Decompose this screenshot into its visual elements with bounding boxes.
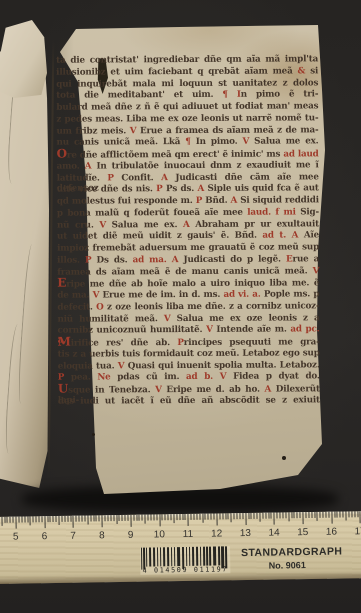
ink-text-run: eloquia tua. <box>58 361 118 371</box>
ruler-tick <box>271 513 272 519</box>
barcode-bar <box>200 547 201 566</box>
ruler-tick <box>33 516 34 522</box>
ink-text-run: Abraham pr ur exultauit <box>190 219 319 230</box>
ruler-tick <box>59 516 60 525</box>
ruler-tick <box>64 516 65 522</box>
ruler-number: 12 <box>211 528 222 539</box>
ruler-tick <box>179 514 180 520</box>
ruler-tick <box>84 516 85 522</box>
ruler-tick <box>228 513 229 519</box>
ruler-tick <box>41 516 42 522</box>
barcode-bar <box>186 547 187 566</box>
ruler-tick <box>4 517 5 523</box>
ink-text-run: latitudĩe. <box>57 173 108 183</box>
ruler-tick <box>262 513 263 519</box>
ruler-tick <box>311 512 312 518</box>
ruler-tick <box>213 514 214 520</box>
ruler-number: 10 <box>154 529 165 540</box>
ruler-tick <box>93 515 94 521</box>
rubric-text-run: E <box>57 276 66 290</box>
ink-text-run: niũ humilitatẽ meã. <box>57 314 163 325</box>
ink-text-run: cornibz unicoznuũ humilitatẽ. <box>57 325 206 336</box>
ruler-tick <box>308 512 309 518</box>
ink-text-run: re dñe afflictõem meã qm erect' ẽ inimic… <box>67 150 283 161</box>
ruler-tick <box>199 514 200 520</box>
ruler-number: 6 <box>42 531 48 542</box>
ink-text-run: qui inquirebãt mala mi loquun st uanitat… <box>56 78 318 89</box>
ruler-tick <box>56 516 57 522</box>
ruler-number: 11 <box>183 529 194 540</box>
ruler-tick <box>122 515 123 521</box>
ink-text-run: rue a <box>292 254 319 264</box>
ink-text-run: Sig- <box>296 207 319 217</box>
ruler-tick <box>125 515 126 521</box>
barcode-bar <box>167 547 169 566</box>
ink-text-run: p bona malũ q foderũt foueã aĩe mee <box>57 207 247 218</box>
ink-text-run: Quasi qui inuenit spolia multa. Letaboz. <box>124 360 319 371</box>
ruler-tick <box>305 512 306 518</box>
ruler-tick <box>81 516 82 522</box>
ruler-tick <box>136 515 137 521</box>
ruler-tick <box>18 517 19 523</box>
ruler-tick <box>242 513 243 519</box>
ruler-tick <box>188 514 189 526</box>
ruler-number: 9 <box>128 530 134 541</box>
ink-text-run: illos. <box>57 255 85 265</box>
ink-text-run: Confit. <box>114 173 161 183</box>
barcode-bar <box>189 547 190 566</box>
ruler-tick <box>334 512 335 518</box>
ink-text-run: um fribz meis. <box>56 126 129 136</box>
barcode-bar <box>218 546 220 565</box>
rubric-text-run: M <box>58 335 71 349</box>
ruler-tick <box>170 514 171 520</box>
rubric-text-run: O <box>57 147 67 161</box>
ruler-tick <box>50 516 51 522</box>
ruler-tick <box>185 514 186 520</box>
ruler-tick <box>116 515 117 524</box>
ruler-tick <box>211 514 212 520</box>
rubric-text-run: ¶ I <box>222 90 240 100</box>
ruler-tick <box>288 512 289 521</box>
barcode: 4 014509 011197 <box>140 546 230 574</box>
ruler-tick <box>337 512 338 518</box>
ruler-tick <box>202 514 203 523</box>
ruler-tick <box>150 515 151 521</box>
rubric-text-run: V <box>313 266 320 276</box>
ruler-number: 17 <box>354 526 361 537</box>
ink-text-run: Ps ds. <box>163 184 198 194</box>
ruler-tick <box>87 515 88 524</box>
ruler-tick <box>107 515 108 521</box>
ruler-tick <box>176 514 177 520</box>
barcode-bar <box>146 548 147 567</box>
ink-text-run: Aĩe <box>298 231 319 241</box>
ruler-tick <box>328 512 329 518</box>
ruler-number: 7 <box>70 531 76 542</box>
ink-text-run: framea ds aĩam meã ẽ de manu canis unicã… <box>57 266 312 277</box>
barcode-digits: 4 014509 011197 <box>140 565 230 574</box>
ink-text-run: Salua me ex. <box>106 220 183 230</box>
ruler-tick <box>302 512 303 524</box>
ink-text-run: si <box>305 66 318 76</box>
ruler-tick <box>182 514 183 520</box>
ruler-tick <box>15 517 16 529</box>
ruler-tick <box>130 515 131 527</box>
rubric-text-run: ad laud <box>283 149 318 159</box>
ruler-tick <box>70 516 71 522</box>
ruler-brand-label: STANDARDGRAPH <box>241 546 333 559</box>
ruler-tick <box>343 511 344 517</box>
ink-text-run: Eripe me d. ab ho. <box>162 385 265 396</box>
ink-text-run: z pedes meas. Liba me ex oze leonis ut n… <box>56 113 318 124</box>
ink-text-run: Erue me de im. in d. ms. <box>99 290 223 301</box>
ink-text-run: tota die meditabant' et uim. <box>56 90 222 101</box>
ruler-tick <box>110 515 111 521</box>
ruler-tick <box>340 512 341 518</box>
ruler-tick <box>30 516 31 525</box>
ink-text-run: Fidea p dyat do. <box>226 372 319 382</box>
ruler-tick <box>24 516 25 522</box>
ruler-tick <box>104 515 105 521</box>
ink-text-run: Salua me ex oze leonis z a <box>170 313 319 324</box>
rubric-text-run: & <box>298 66 306 76</box>
ruler-tick <box>231 513 232 522</box>
ruler-tick <box>99 515 100 521</box>
ink-text-run: sque in Tenebza. <box>68 385 155 395</box>
ruler-tick <box>348 511 349 517</box>
ruler-tick <box>159 514 160 526</box>
ink-text-run: In tribulatõe inuocaui dnm z exaudiuit m… <box>91 160 318 171</box>
ruler-tick <box>314 512 315 518</box>
barcode-bar <box>171 547 172 566</box>
ruler-tick <box>193 514 194 520</box>
ink-text-run: Siple uis quid fca ẽ aut <box>204 184 319 195</box>
barcode-bar <box>206 547 208 566</box>
ruler-number: 5 <box>13 532 19 543</box>
ink-text-run: ut uidet diẽ meũ uidit z gauis' ẽ. Bñd. <box>57 231 262 242</box>
ink-text-run: Ds ds. <box>91 255 132 265</box>
ruler-tick <box>162 514 163 520</box>
barcode-bar <box>203 547 205 566</box>
ruler-tick <box>102 515 103 527</box>
barcode-bar <box>177 547 180 566</box>
ruler-tick <box>234 513 235 519</box>
ink-text-run: des iudi ut iacẽt ĩ eũ dñe añ abscõdit s… <box>58 395 320 406</box>
ink-text-run: Bñd. <box>202 196 230 206</box>
ruler-tick <box>13 517 14 523</box>
ink-text-run: de ma. <box>57 291 92 301</box>
barcode-bar <box>157 547 158 566</box>
ink-text-run: qd molestus fui responde m. <box>57 196 196 207</box>
ruler-tick <box>90 515 91 521</box>
ink-text-run: z oze leonis liba me dñe. z a cornibz un… <box>104 301 320 312</box>
ruler-tick <box>27 516 28 522</box>
ruler-tick <box>300 512 301 518</box>
ruler-tick <box>265 513 266 519</box>
ruler-tick <box>354 511 355 517</box>
ink-speck <box>282 456 286 460</box>
ruler-tick <box>219 513 220 519</box>
ruler-tick <box>245 513 246 525</box>
barcode-bars <box>140 546 230 547</box>
ink-text-run: Judicasti do p legẽ. <box>178 254 286 265</box>
ruler-tick <box>145 515 146 524</box>
manuscript-text-block: ta die contristat' ingrediebar dñe qm aĩ… <box>56 54 320 408</box>
ruler-tick <box>142 515 143 521</box>
ruler-tick <box>216 513 217 525</box>
rubric-text-run: ad ma. A <box>133 255 179 265</box>
ruler-tick <box>325 512 326 518</box>
ruler-tick <box>351 511 352 517</box>
barcode-bar <box>149 548 151 567</box>
ruler-tick <box>236 513 237 519</box>
barcode-bar <box>174 547 175 566</box>
ruler-tick <box>67 516 68 522</box>
ink-text-run: illusionibz et uim faciebant q qrebãt aĩ… <box>56 66 297 77</box>
ruler-tick <box>274 513 275 525</box>
ruler-model-number: No. 9061 <box>241 560 333 571</box>
ruler-tick <box>38 516 39 522</box>
ruler-tick <box>251 513 252 519</box>
ink-speck <box>92 433 95 436</box>
ink-text-run: Si siquid reddidi <box>237 195 319 205</box>
ruler-tick <box>282 512 283 518</box>
ruler-tick <box>248 513 249 519</box>
ink-text-run: ripe me dñe ab hoĩe malo a uiro iniquo l… <box>66 279 319 290</box>
ruler-tick <box>222 513 223 519</box>
rubric-text-run: U <box>58 382 68 396</box>
ink-text-run: Intende aĩe m. <box>213 325 291 335</box>
rubric-text-run: ad b. V <box>186 372 226 382</box>
ink-text-run: amo. <box>57 161 85 171</box>
ruler-tick <box>196 514 197 520</box>
ruler-tick <box>76 516 77 522</box>
ink-text-run: ta die contristat' ingrediebar dñe qm aĩ… <box>56 54 318 65</box>
ink-text-run: n pimo ẽ tri- <box>241 90 319 100</box>
barcode-bar <box>163 547 165 566</box>
ruler-tick <box>268 513 269 519</box>
ruler-tick <box>320 512 321 518</box>
ruler-tick <box>36 516 37 522</box>
ink-text-run: Erue a framea ds aĩam meã z de ma- <box>136 125 318 136</box>
ruler-tick <box>127 515 128 521</box>
ruler-tick <box>191 514 192 520</box>
photograph-background: ta die contristat' ingrediebar dñe qm aĩ… <box>0 0 361 613</box>
ruler-tick <box>47 516 48 522</box>
ruler-tick <box>208 514 209 520</box>
ink-text-run: nũ cru. <box>57 220 99 230</box>
ink-text-run: pea. <box>64 373 97 383</box>
ruler-tick <box>205 514 206 520</box>
ruler-tick <box>165 514 166 520</box>
ruler-tick <box>277 513 278 519</box>
ink-text-run: nu canis unicã meã. Lkã <box>57 137 186 148</box>
barcode-bar <box>209 547 211 566</box>
ink-text-run: tis z a uerbis tuis formidauit coz meũ. … <box>58 348 320 359</box>
ink-text-run: irifice res' dñe ab. <box>71 338 178 349</box>
rubric-text-run: laud. f mi <box>247 207 296 217</box>
ruler: 567891011121314151617 4 014509 011197 ST… <box>0 511 361 584</box>
ink-text-run: In pimo. <box>191 137 243 147</box>
ruler-tick <box>317 512 318 521</box>
ruler-tick <box>259 513 260 522</box>
ink-text-run: Pople ms. p <box>261 289 320 299</box>
ink-text-run: rincipes psequuti me gra- <box>184 337 320 348</box>
ruler-tick <box>156 514 157 520</box>
ruler-tick <box>147 515 148 521</box>
ruler-tick <box>1 517 2 526</box>
ink-text-run: impioz fremebãt aduersum me grauatũ ẽ co… <box>57 242 319 253</box>
ruler-tick <box>323 512 324 518</box>
ruler-tick <box>297 512 298 518</box>
ruler-tick <box>61 516 62 522</box>
ruler-tick <box>357 511 358 517</box>
barcode-bar <box>192 547 194 566</box>
ruler-number: 15 <box>297 527 308 538</box>
ink-text-run: uite vice dñe ds nis. <box>57 184 156 195</box>
ink-text-run: defecit. <box>57 302 96 312</box>
ruler-tick <box>139 515 140 521</box>
rubric-text-run: ad vi. a. <box>223 290 260 300</box>
ruler-tick <box>285 512 286 518</box>
ruler-tick <box>294 512 295 518</box>
barcode-bar <box>213 546 216 565</box>
barcode-bar <box>196 547 198 566</box>
barcode-bar <box>153 547 155 566</box>
ruler-tick <box>173 514 174 523</box>
ruler-tick <box>44 516 45 528</box>
ruler-tick <box>79 516 80 522</box>
ruler-tick <box>7 517 8 523</box>
rubric-text-run: ad t. A <box>262 231 298 241</box>
ruler-tick <box>346 511 347 520</box>
ruler-tick <box>254 513 255 519</box>
ruler-tick <box>331 512 332 524</box>
ruler-tick <box>113 515 114 521</box>
ruler-tick <box>73 516 74 528</box>
rubric-text-run: Ne <box>97 373 110 383</box>
ruler-tick <box>133 515 134 521</box>
ruler-number: 8 <box>99 530 105 541</box>
parchment-fold-corner <box>0 20 47 98</box>
ruler-number: 13 <box>240 528 251 539</box>
ruler-tick <box>21 517 22 523</box>
ink-text-run: bulard meã dñe z ñ ẽ qui adiuuet ut fodi… <box>56 101 318 112</box>
manuscript-text-line: des iudi ut iacẽt ĩ eũ dñe añ abscõdit s… <box>58 395 320 408</box>
ruler-tick <box>225 513 226 519</box>
ruler-tick <box>96 515 97 521</box>
ruler-tick <box>168 514 169 520</box>
ruler-tick <box>279 512 280 518</box>
ruler-number: 14 <box>268 527 279 538</box>
ruler-tick <box>239 513 240 519</box>
ruler-tick <box>53 516 54 522</box>
ruler-tick <box>10 517 11 523</box>
ruler-tick <box>119 515 120 521</box>
ruler-tick <box>291 512 292 518</box>
ruler-tick <box>153 514 154 520</box>
ink-text-run: Salua me ex. <box>249 137 318 147</box>
barcode-bar <box>160 547 161 566</box>
ruler-number: 16 <box>326 527 337 538</box>
ruler-tick <box>257 513 258 519</box>
ink-text-run: pdas cũ im. <box>111 372 187 382</box>
